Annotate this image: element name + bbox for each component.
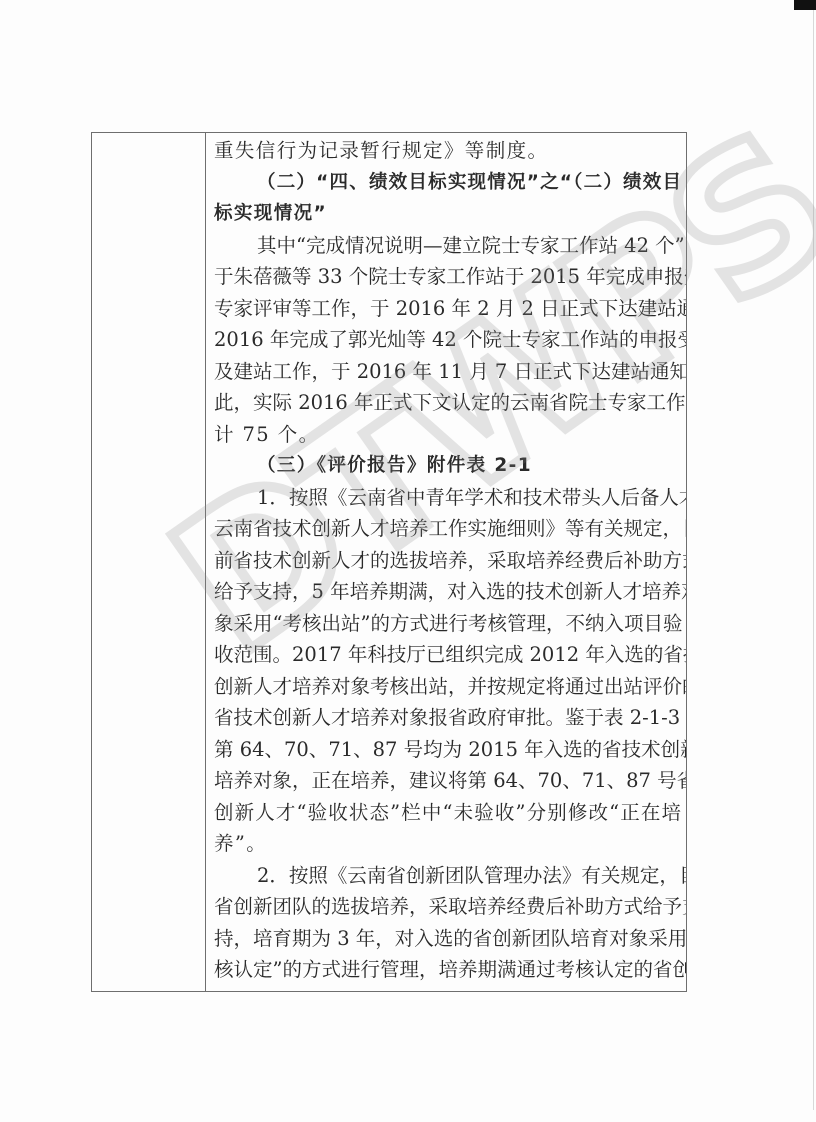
text-line: 培养对象，正在培养，建议将第 64、70、71、87 号省技术 (214, 765, 681, 797)
text-line: 及建站工作，于 2016 年 11 月 7 日正式下达建站通知。因 (214, 356, 681, 388)
text-line: 创新人才培养对象考核出站，并按规定将通过出站评价的 (214, 671, 681, 703)
text-line: 前省技术创新人才的选拔培养，采取培养经费后补助方式 (214, 545, 681, 577)
text-line: 新团队培育对象，省科技厅颁发《云南省创新团队认定证 (214, 986, 681, 992)
text-line: 第 64、70、71、87 号均为 2015 年入选的省技术创新人才 (214, 734, 681, 766)
scan-page-edge (813, 10, 814, 1110)
text-line: 于朱蓓薇等 33 个院士专家工作站于 2015 年完成申报受理、 (214, 261, 681, 293)
text-line: 核认定”的方式进行管理，培养期满通过考核认定的省创 (214, 954, 681, 986)
text-line: 省技术创新人才培养对象报省政府审批。鉴于表 2-1-3 中 (214, 702, 681, 734)
table-content-cell: 重失信行为记录暂行规定》等制度。 （二）“四、绩效目标实现情况”之“（二）绩效目… (206, 133, 686, 991)
section-heading: （三）《评价报告》附件表 2-1 (214, 450, 681, 482)
text-line: 创新人才“验收状态”栏中“未验收”分别修改“正在培 (214, 797, 681, 829)
text-line: 其中“完成情况说明—建立院士专家工作站 42 个”，由 (214, 230, 681, 262)
text-line: 此，实际 2016 年正式下文认定的云南省院士专家工作站共 (214, 387, 681, 419)
document-table: 重失信行为记录暂行规定》等制度。 （二）“四、绩效目标实现情况”之“（二）绩效目… (91, 132, 687, 992)
text-line: 重失信行为记录暂行规定》等制度。 (214, 135, 681, 167)
text-line: 给予支持，5 年培养期满，对入选的技术创新人才培养对 (214, 576, 681, 608)
text-line: 省创新团队的选拔培养，采取培养经费后补助方式给予支 (214, 891, 681, 923)
section-heading-cont: 标实现情况” (214, 198, 681, 230)
text-line: 云南省技术创新人才培养工作实施细则》等有关规定，目 (214, 513, 681, 545)
text-line: 持，培育期为 3 年，对入选的省创新团队培育对象采用“考 (214, 923, 681, 955)
scan-corner-mark (794, 0, 816, 10)
table-left-cell (92, 133, 206, 991)
text-line: 收范围。2017 年科技厅已组织完成 2012 年入选的省技术 (214, 639, 681, 671)
text-line: 1．按照《云南省中青年学术和技术带头人后备人才及 (214, 482, 681, 514)
text-line: 计 75 个。 (214, 419, 681, 451)
text-line: 2．按照《云南省创新团队管理办法》有关规定，目前 (214, 860, 681, 892)
section-heading: （二）“四、绩效目标实现情况”之“（二）绩效目 (214, 167, 681, 199)
text-line: 2016 年完成了郭光灿等 42 个院士专家工作站的申报受理 (214, 324, 681, 356)
text-line: 养”。 (214, 828, 681, 860)
text-line: 象采用“考核出站”的方式进行考核管理，不纳入项目验 (214, 608, 681, 640)
text-line: 专家评审等工作，于 2016 年 2 月 2 日正式下达建站通知。 (214, 293, 681, 325)
